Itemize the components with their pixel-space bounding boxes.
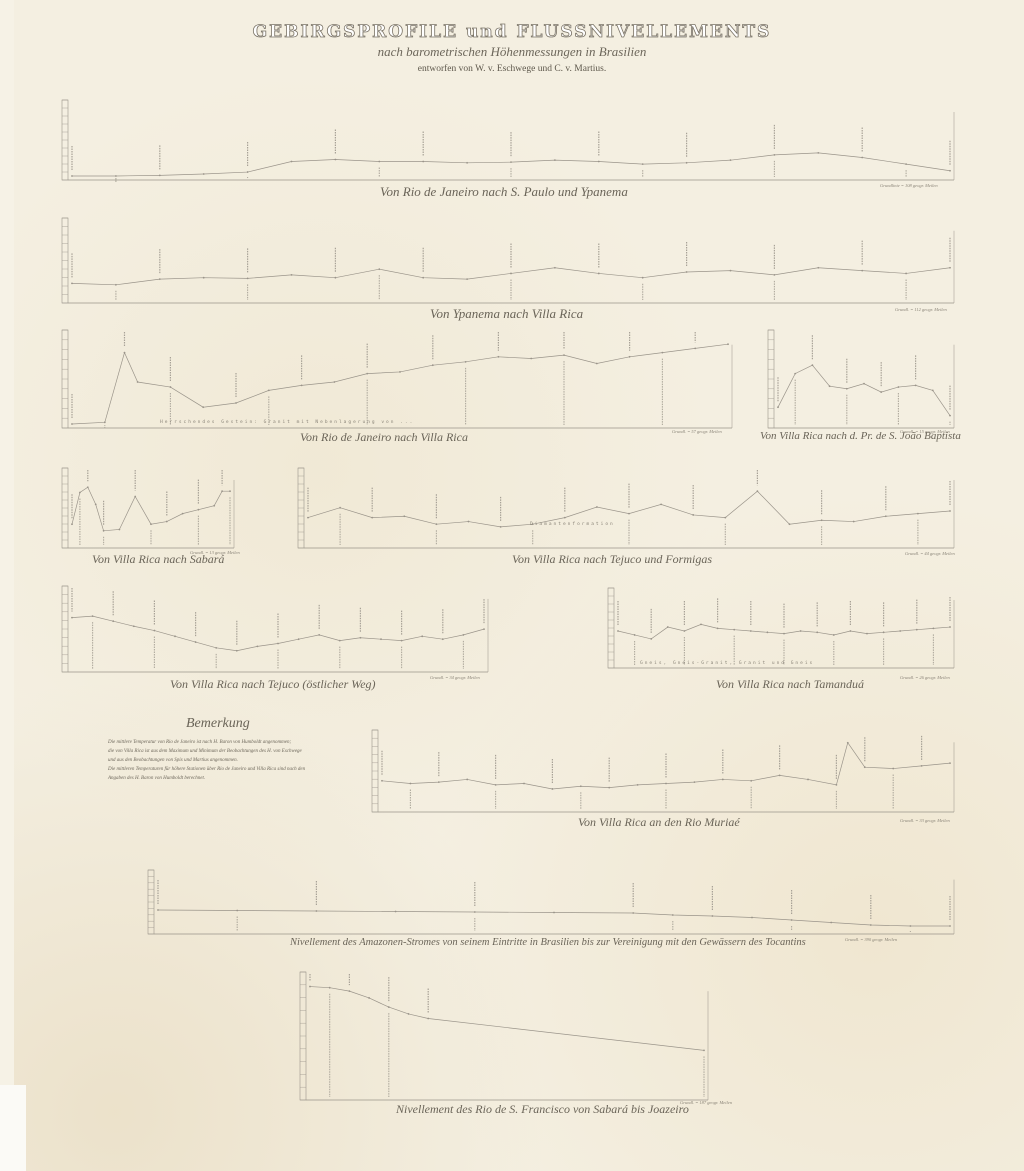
- scale-note: Grundl. = 44 geogr. Meilen: [905, 551, 955, 556]
- profile-villa-rica-muriae: [372, 730, 954, 812]
- scale-note: Grundl. = 26 geogr. Meilen: [900, 675, 950, 680]
- profile-rio-sao-paulo: [62, 100, 954, 180]
- geology-annotation: Gneis, Gneis-Granit, Granit und Gneis: [640, 661, 814, 666]
- caption-villa-rica-tejuco-east: Von Villa Rica nach Tejuco (östlicher We…: [170, 677, 376, 692]
- scale-note: Grundl. = 13 geogr. Meilen: [190, 550, 240, 555]
- profile-chart: [62, 586, 488, 672]
- profile-rio-villa-rica: [62, 330, 732, 428]
- caption-ypanema-villa-rica: Von Ypanema nach Villa Rica: [430, 306, 583, 322]
- scale-note: Grundl. = 390 geogr. Meilen: [845, 937, 897, 942]
- profile-villa-rica-s-joao: [768, 330, 954, 428]
- profile-ypanema-villa-rica: [62, 218, 954, 303]
- remark-line: Die mittlere Temperatur von Rio de Janei…: [108, 738, 308, 747]
- authors-line: entworfen von W. v. Eschwege und C. v. M…: [0, 64, 1024, 74]
- profile-chart: [298, 468, 954, 548]
- torn-corner: [0, 1085, 26, 1171]
- caption-villa-rica-muriae: Von Villa Rica an den Rio Muriaé: [578, 815, 740, 830]
- profile-chart: [62, 468, 234, 548]
- scale-note: Grundl. = 57 geogr. Meilen: [672, 429, 722, 434]
- caption-villa-rica-tamandua: Von Villa Rica nach Tamanduá: [716, 677, 864, 692]
- profile-villa-rica-tejuco-east: [62, 586, 488, 672]
- subtitle: nach barometrischen Höhenmessungen in Br…: [0, 44, 1024, 60]
- caption-rio-villa-rica: Von Rio de Janeiro nach Villa Rica: [300, 430, 468, 445]
- caption-villa-rica-tejuco-formigas: Von Villa Rica nach Tejuco und Formigas: [512, 552, 712, 567]
- main-title: GEBIRGSPROFILE und FLUSSNIVELLEMENTS: [0, 22, 1024, 42]
- geology-annotation: Herrschendes Gestein: Granit mit Nebenla…: [160, 420, 414, 425]
- profile-villa-rica-sabara: [62, 468, 234, 548]
- profile-chart: [62, 218, 954, 303]
- profile-amazon-nivellement: [148, 870, 954, 934]
- profile-chart: [62, 100, 954, 180]
- profile-villa-rica-tamandua: [608, 588, 954, 668]
- scale-note: Grundlinie = 108 geogr. Meilen: [880, 183, 938, 188]
- scale-note: Grundl. = 33 geogr. Meilen: [900, 818, 950, 823]
- remark-block: Bemerkung Die mittlere Temperatur von Ri…: [108, 716, 308, 783]
- scale-note: Grundl. = 34 geogr. Meilen: [430, 675, 480, 680]
- profile-chart: [768, 330, 954, 428]
- caption-sao-francisco-nivellement: Nivellement des Rio de S. Francisco von …: [396, 1102, 689, 1117]
- remark-line: die von Villa Rica ist aus dem Maximum u…: [108, 747, 308, 765]
- profile-villa-rica-tejuco-formigas: [298, 468, 954, 548]
- caption-rio-sao-paulo: Von Rio de Janeiro nach S. Paulo und Ypa…: [380, 184, 628, 200]
- remark-line: Die mittleren Temperaturen für höhere St…: [108, 765, 308, 783]
- geology-annotation: Diamantenformation: [530, 522, 615, 527]
- caption-amazon-nivellement: Nivellement des Amazonen-Stromes von sei…: [290, 937, 806, 948]
- profile-sao-francisco-nivellement: [300, 972, 708, 1100]
- profile-chart: [148, 870, 954, 934]
- profile-chart: [608, 588, 954, 668]
- scale-note: Grundl. = 187 geogr. Meilen: [680, 1100, 732, 1105]
- profile-chart: [300, 972, 708, 1100]
- profile-chart: [372, 730, 954, 812]
- remark-heading: Bemerkung: [186, 716, 308, 732]
- profile-chart: [62, 330, 732, 428]
- scale-note: Grundl. = 15 geogr. Meilen: [900, 429, 950, 434]
- scale-note: Grundl. = 112 geogr. Meilen: [895, 307, 947, 312]
